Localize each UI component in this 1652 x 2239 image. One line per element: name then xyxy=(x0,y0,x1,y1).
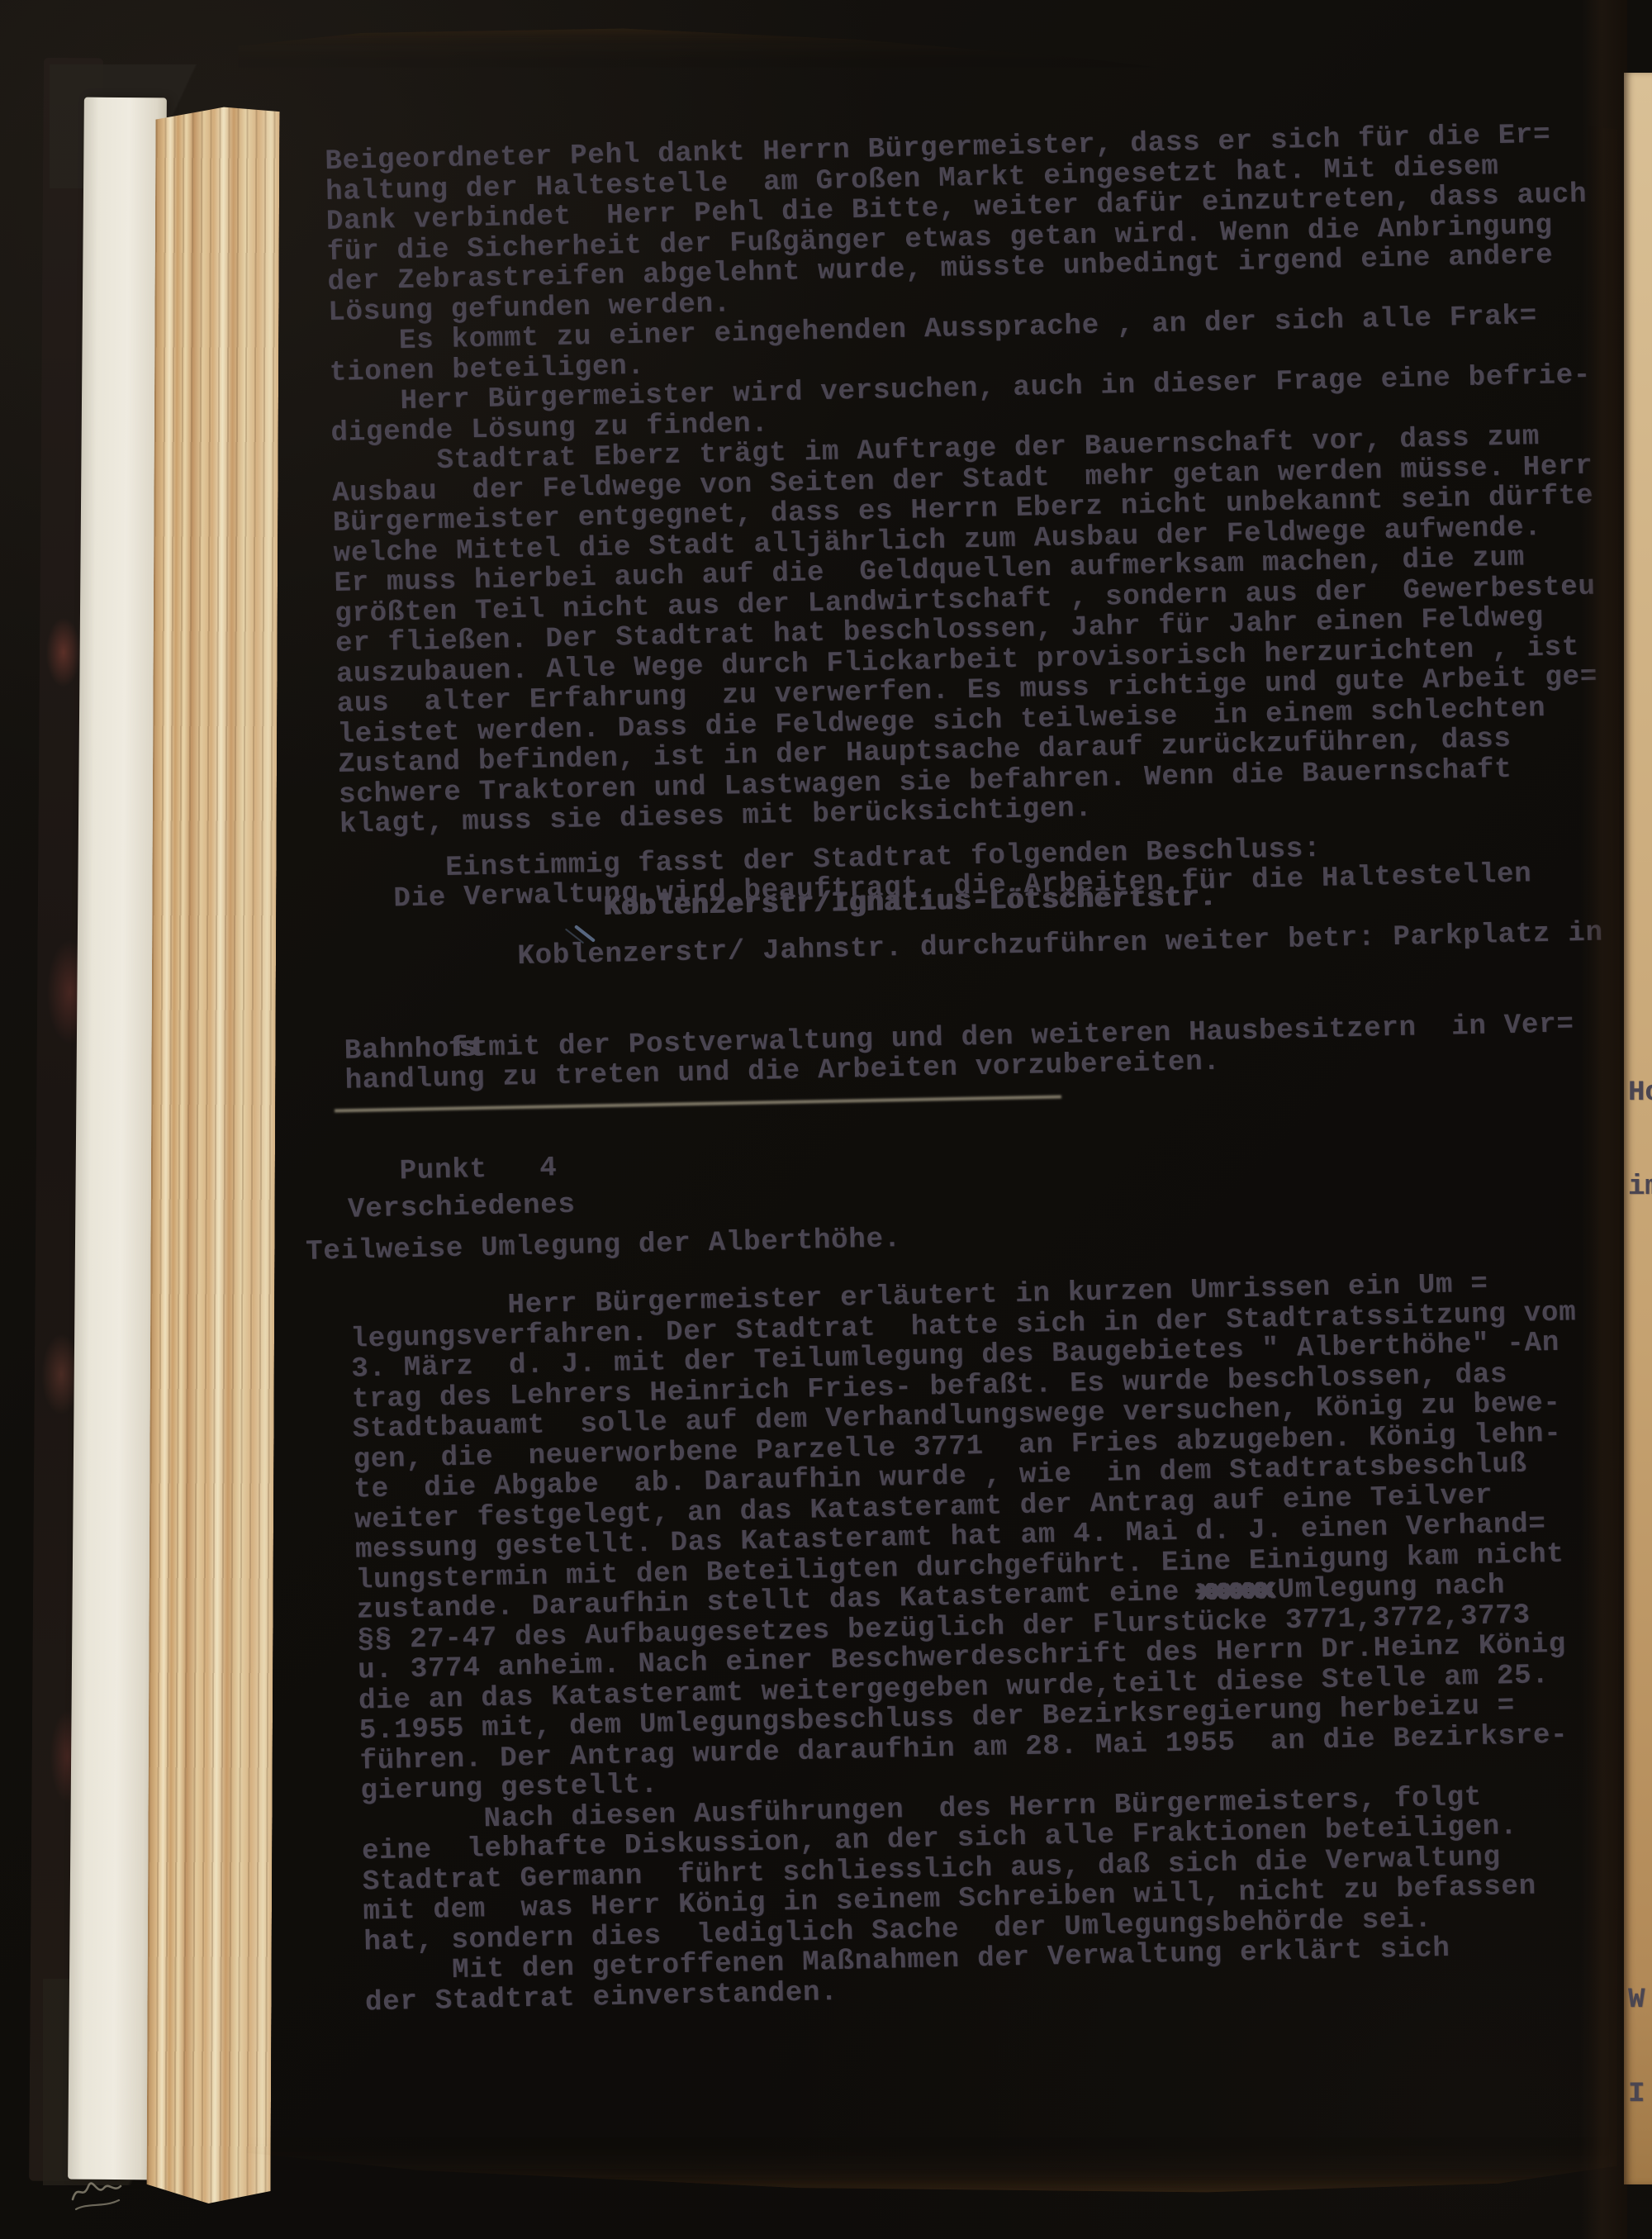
overstruck-chars: fst xyxy=(449,1033,481,1065)
handwritten-scribble xyxy=(66,2171,131,2216)
next-page-text-fragment: Ho im xyxy=(1628,1015,1652,1266)
struck-out-word: xxxxxx xyxy=(1197,1575,1271,1608)
next-page-text-fragment: W I xyxy=(1628,1922,1652,2173)
text-line: Koblenzerstr/ Jahnstr. durchzuführen wei… xyxy=(517,916,1652,973)
agenda-item-heading: Punkt 4 Verschiedenes Teilweise Umlegung… xyxy=(347,1129,1652,1266)
page-gutter-shadow xyxy=(1581,0,1627,2239)
next-page-edge: Ho im W I xyxy=(1624,73,1652,2184)
paragraph-block-haltestelle-feldwege: Beigeordneter Pehl dankt Herrn Bürgermei… xyxy=(325,118,1652,840)
document-page: Beigeordneter Pehl dankt Herrn Bürgermei… xyxy=(186,13,1645,2201)
paragraph-block-umlegung-2: §§ 27-47 des Aufbaugesetzes bezüglich de… xyxy=(357,1597,1652,2018)
book-scan-photo: Beigeordneter Pehl dankt Herrn Bürgermei… xyxy=(0,0,1652,2239)
typewritten-text: Beigeordneter Pehl dankt Herrn Bürgermei… xyxy=(325,118,1652,2018)
paragraph-block-umlegung-1: Herr Bürgermeister erläutert in kurzen U… xyxy=(349,1266,1652,1596)
resolution-block: Einstimmig fasst der Stadtrat folgenden … xyxy=(340,826,1652,1096)
